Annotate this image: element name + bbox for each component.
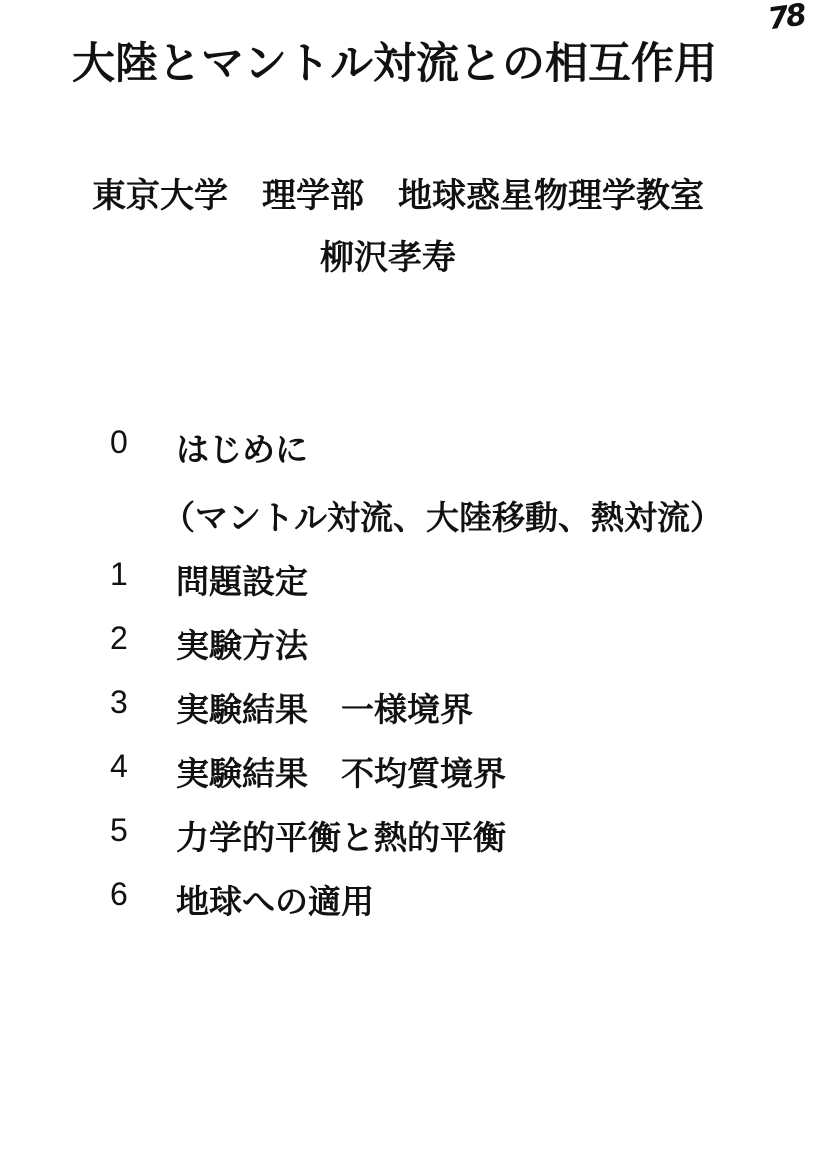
document-title: 大陸とマントル対流との相互作用	[72, 30, 762, 91]
toc-item-number: 2	[110, 620, 140, 657]
toc-item-text: 実験方法	[176, 620, 308, 667]
toc-item-text: 実験結果 一様境界	[176, 684, 473, 731]
toc-item-text: 問題設定	[176, 556, 308, 603]
toc-item-number: 4	[110, 748, 140, 785]
toc-item-number: 5	[110, 812, 140, 849]
toc-item-text: （マントル対流、大陸移動、熱対流）	[162, 492, 723, 539]
toc-item-number: 6	[110, 876, 140, 913]
page-number: 78	[766, 0, 806, 37]
toc-item-number: 0	[110, 424, 140, 461]
author-affiliation: 東京大学 理学部 地球惑星物理学教室	[92, 168, 704, 217]
toc-item-number: 1	[110, 556, 140, 593]
toc-item-text: 実験結果 不均質境界	[176, 748, 506, 795]
author-name: 柳沢孝寿	[320, 230, 456, 279]
toc-item-text: はじめに	[176, 424, 308, 471]
toc-item-text: 力学的平衡と熱的平衡	[176, 812, 506, 859]
toc-item-text: 地球への適用	[176, 876, 374, 923]
toc-item-number: 3	[110, 684, 140, 721]
